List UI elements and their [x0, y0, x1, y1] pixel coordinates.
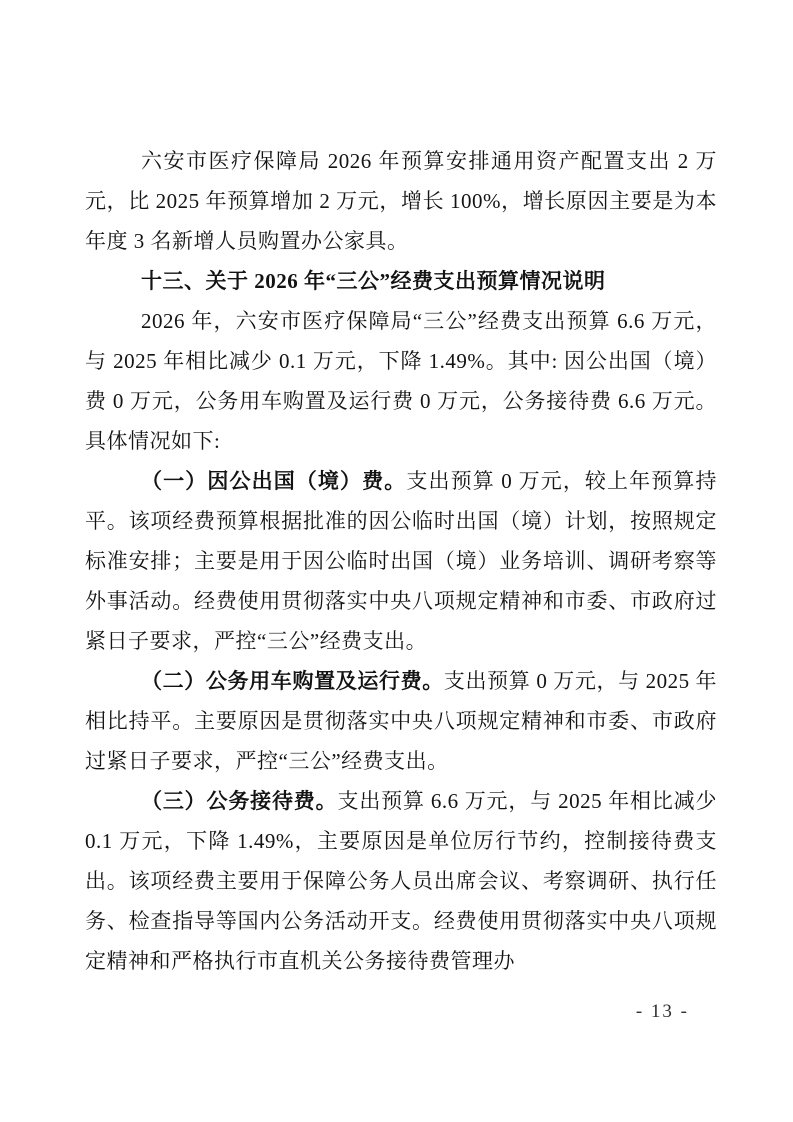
- page-number: - 13 -: [636, 1001, 689, 1023]
- paragraph-asset-allocation: 六安市医疗保障局 2026 年预算安排通用资产配置支出 2 万元，比 2025 …: [85, 141, 717, 261]
- heading-text: 十三、关于 2026 年“三公”经费支出预算情况说明: [141, 269, 606, 293]
- paragraph-lead-text: （三）公务接待费。: [141, 789, 337, 813]
- heading-section-thirteen: 十三、关于 2026 年“三公”经费支出预算情况说明: [85, 261, 717, 301]
- paragraph-sangong-overview: 2026 年，六安市医疗保障局“三公”经费支出预算 6.6 万元，与 2025 …: [85, 301, 717, 461]
- paragraph-item-3-official-reception: （三）公务接待费。支出预算 6.6 万元，与 2025 年相比减少 0.1 万元…: [85, 781, 717, 981]
- paragraph-text: 支出预算 0 万元，较上年预算持平。该项经费预算根据批准的因公临时出国（境）计划…: [85, 469, 717, 653]
- paragraph-text: 2026 年，六安市医疗保障局“三公”经费支出预算 6.6 万元，与 2025 …: [85, 309, 717, 453]
- paragraph-lead-text: （二）公务用车购置及运行费。: [141, 669, 444, 693]
- document-page: 六安市医疗保障局 2026 年预算安排通用资产配置支出 2 万元，比 2025 …: [0, 0, 793, 1122]
- paragraph-item-2-official-vehicles: （二）公务用车购置及运行费。支出预算 0 万元，与 2025 年相比持平。主要原…: [85, 661, 717, 781]
- document-body: 六安市医疗保障局 2026 年预算安排通用资产配置支出 2 万元，比 2025 …: [85, 141, 717, 981]
- paragraph-lead-text: （一）因公出国（境）费。: [141, 469, 406, 493]
- paragraph-text: 支出预算 6.6 万元，与 2025 年相比减少 0.1 万元，下降 1.49%…: [85, 789, 717, 973]
- paragraph-text: 六安市医疗保障局 2026 年预算安排通用资产配置支出 2 万元，比 2025 …: [85, 149, 717, 253]
- paragraph-item-1-overseas-trips: （一）因公出国（境）费。支出预算 0 万元，较上年预算持平。该项经费预算根据批准…: [85, 461, 717, 661]
